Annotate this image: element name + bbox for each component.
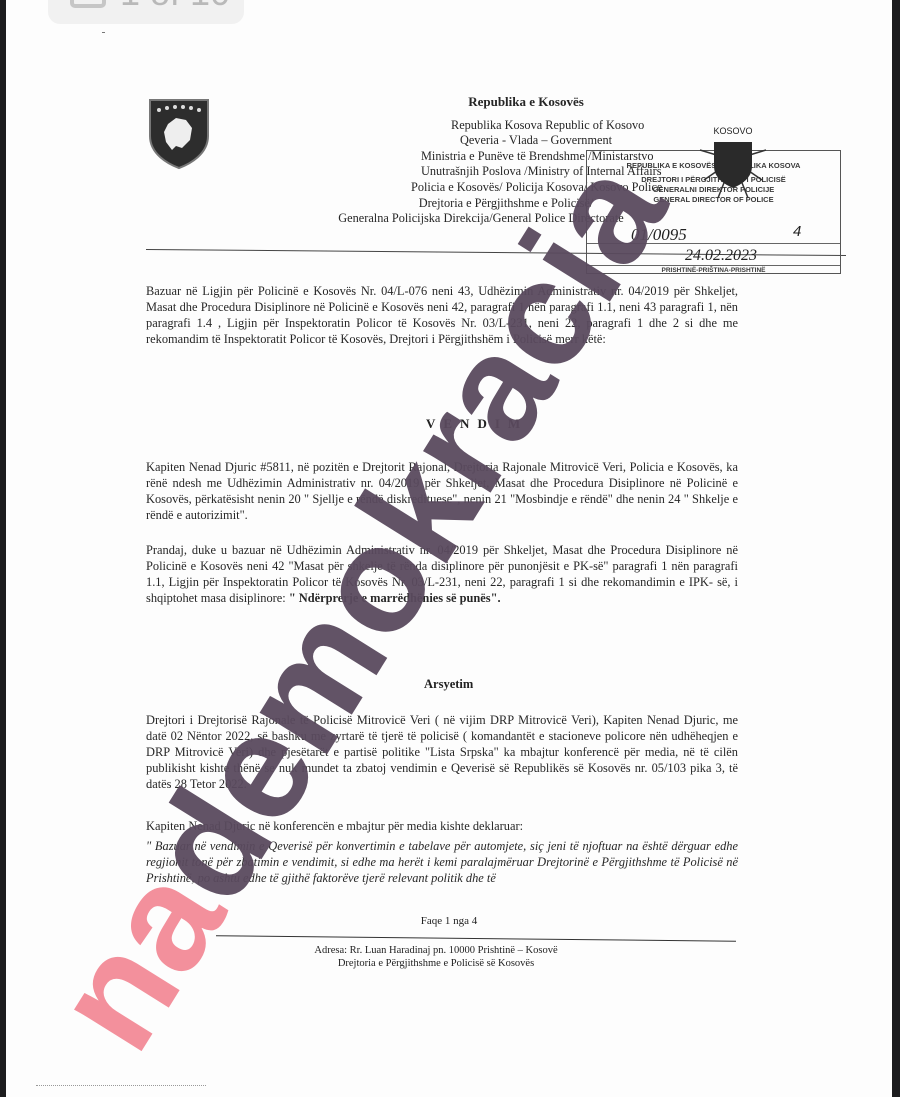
page-stack-icon — [70, 0, 106, 8]
quote-paragraph: " Bazuar në vendimin e Qeverisë për konv… — [146, 838, 738, 886]
measure-paragraph: Prandaj, duke u bazuar në Udhëzimin Admi… — [146, 542, 738, 606]
seal-text: KOSOVO — [713, 126, 752, 136]
footer: Adresa: Rr. Luan Haradinaj pn. 10000 Pri… — [186, 944, 686, 970]
footer-org: Drejtoria e Përgjithshme e Policisë së K… — [186, 957, 686, 970]
speck — [102, 32, 105, 33]
scan-artifact — [36, 1085, 206, 1088]
decision-heading: VENDIM — [426, 416, 528, 432]
document-page: 1 of 10 Republika e Kosovës Republika Ko… — [6, 0, 892, 1097]
letterhead-line: Qeveria - Vlada – Government — [431, 133, 641, 149]
stamp-line: PRISHTINË-PRIŠTINA-PRISHTINË — [587, 266, 840, 275]
letterhead-line: Republika Kosova Republic of Kosovo — [451, 118, 641, 134]
reasoning-heading: Arsyetim — [424, 677, 473, 692]
decision-paragraph: Kapiten Nenad Djuric #5811, në pozitën e… — [146, 459, 738, 523]
protocol-number: 01/0095 — [631, 225, 687, 245]
kosovo-police-seal-icon: KOSOVO — [698, 120, 768, 200]
letterhead-title: Republika e Kosovës — [411, 94, 641, 110]
kosovo-coat-of-arms-icon — [146, 96, 212, 170]
declared-line: Kapiten Nenad Djuric në konferencën e mb… — [146, 818, 738, 834]
page-counter-badge[interactable]: 1 of 10 — [48, 0, 244, 24]
stamp-date: 24.02.2023 — [685, 247, 757, 265]
measure-bold: " Ndërprerje e marrëdhënies së punës". — [289, 591, 501, 605]
intro-paragraph: Bazuar në Ligjin për Policinë e Kosovës … — [146, 283, 738, 347]
footer-address: Adresa: Rr. Luan Haradinaj pn. 10000 Pri… — [186, 944, 686, 957]
attachment-count: 4 — [793, 223, 801, 240]
page-number: Faqe 1 nga 4 — [6, 915, 892, 927]
reasoning-paragraph: Drejtori i Drejtorisë Rajonale të Polici… — [146, 712, 738, 792]
page-counter-text: 1 of 10 — [120, 0, 230, 14]
footer-divider — [216, 935, 736, 941]
